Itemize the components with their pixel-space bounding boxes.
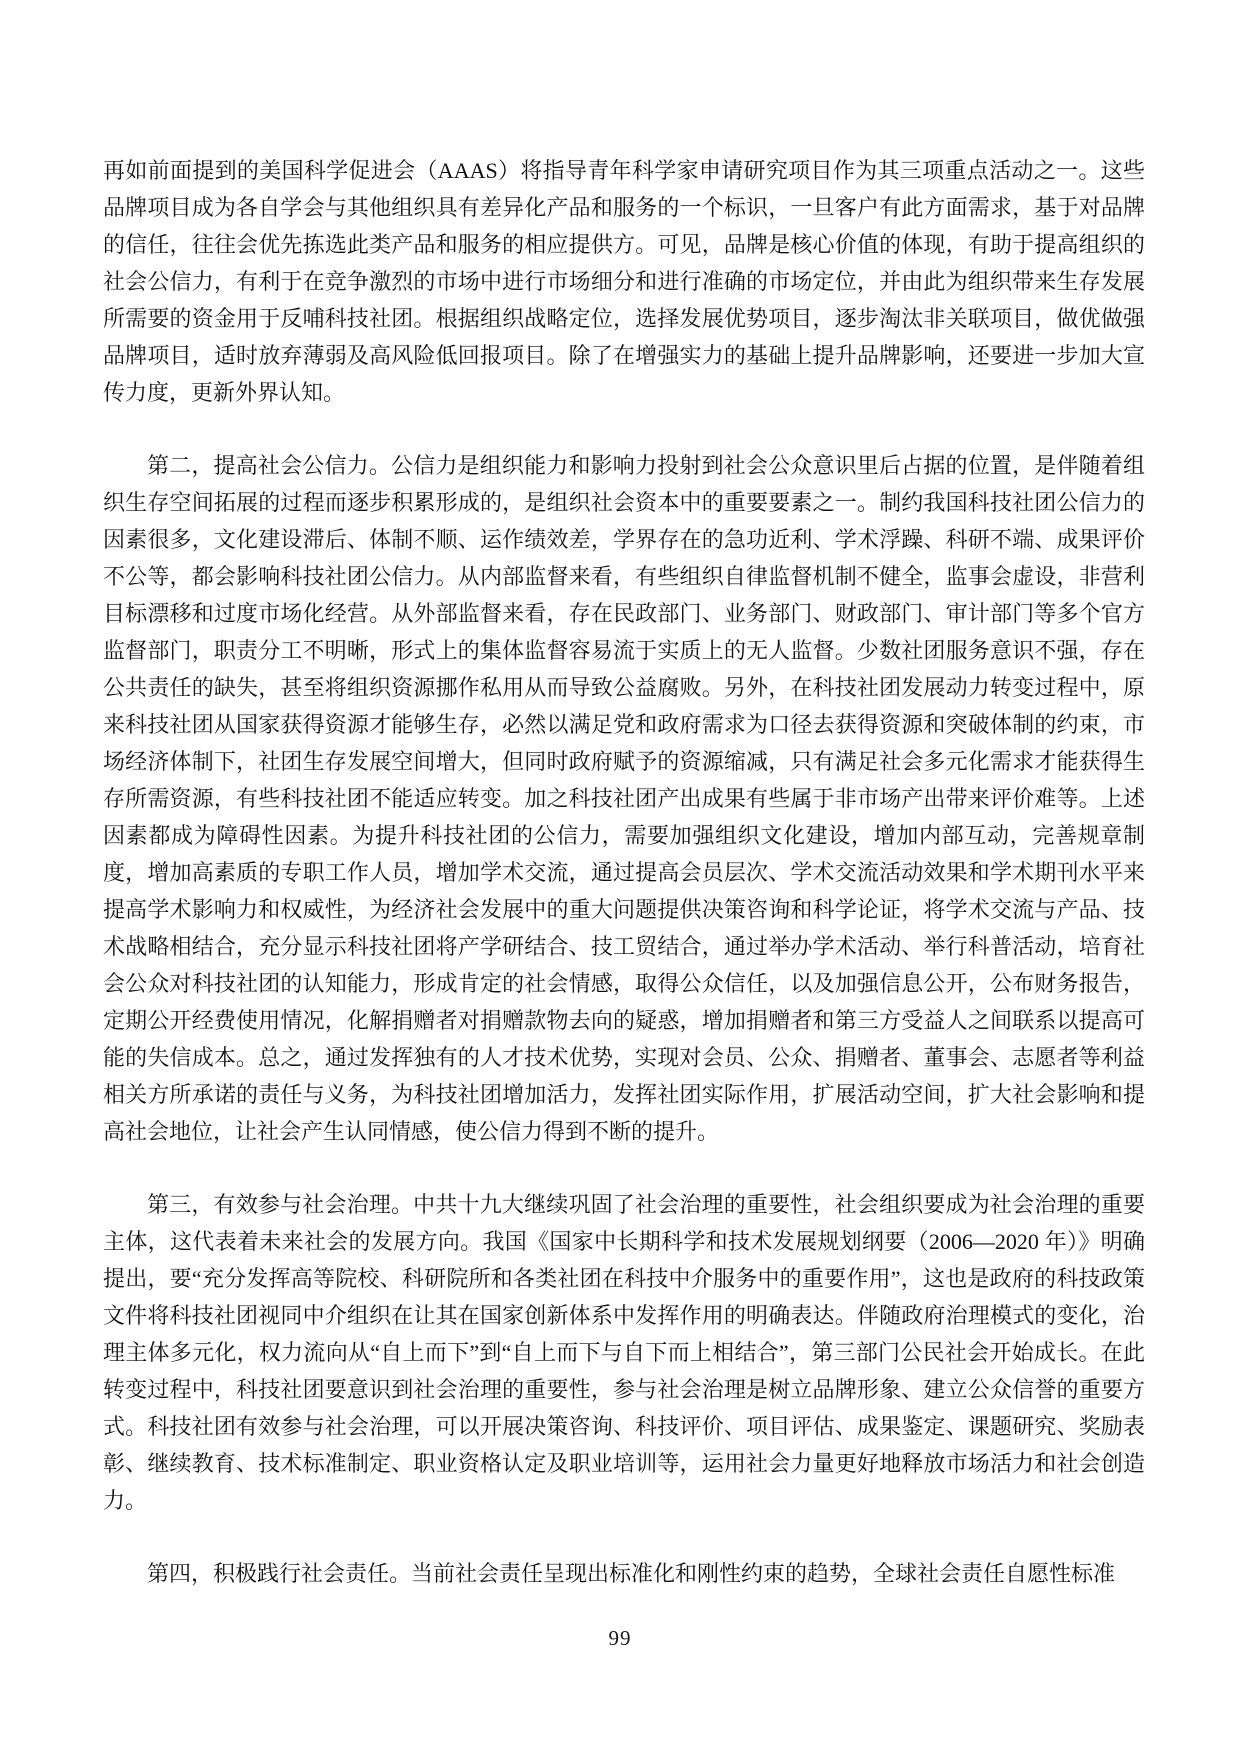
paragraph-brand-projects: 再如前面提到的美国科学促进会（AAAS）将指导青年科学家申请研究项目作为其三项重…	[103, 152, 1145, 411]
paragraph-social-governance: 第三，有效参与社会治理。中共十九大继续巩固了社会治理的重要性，社会组织要成为社会…	[103, 1186, 1145, 1519]
page-number: 99	[609, 1626, 632, 1650]
paragraph-public-credibility: 第二，提高社会公信力。公信力是组织能力和影响力投射到社会公众意识里后占据的位置，…	[103, 447, 1145, 1150]
paragraph-social-responsibility: 第四，积极践行社会责任。当前社会责任呈现出标准化和刚性约束的趋势，全球社会责任自…	[103, 1555, 1145, 1592]
document-page: 再如前面提到的美国科学促进会（AAAS）将指导青年科学家申请研究项目作为其三项重…	[0, 0, 1240, 1753]
page-footer: 99	[0, 1626, 1240, 1651]
page-body: 再如前面提到的美国科学促进会（AAAS）将指导青年科学家申请研究项目作为其三项重…	[103, 152, 1145, 1628]
